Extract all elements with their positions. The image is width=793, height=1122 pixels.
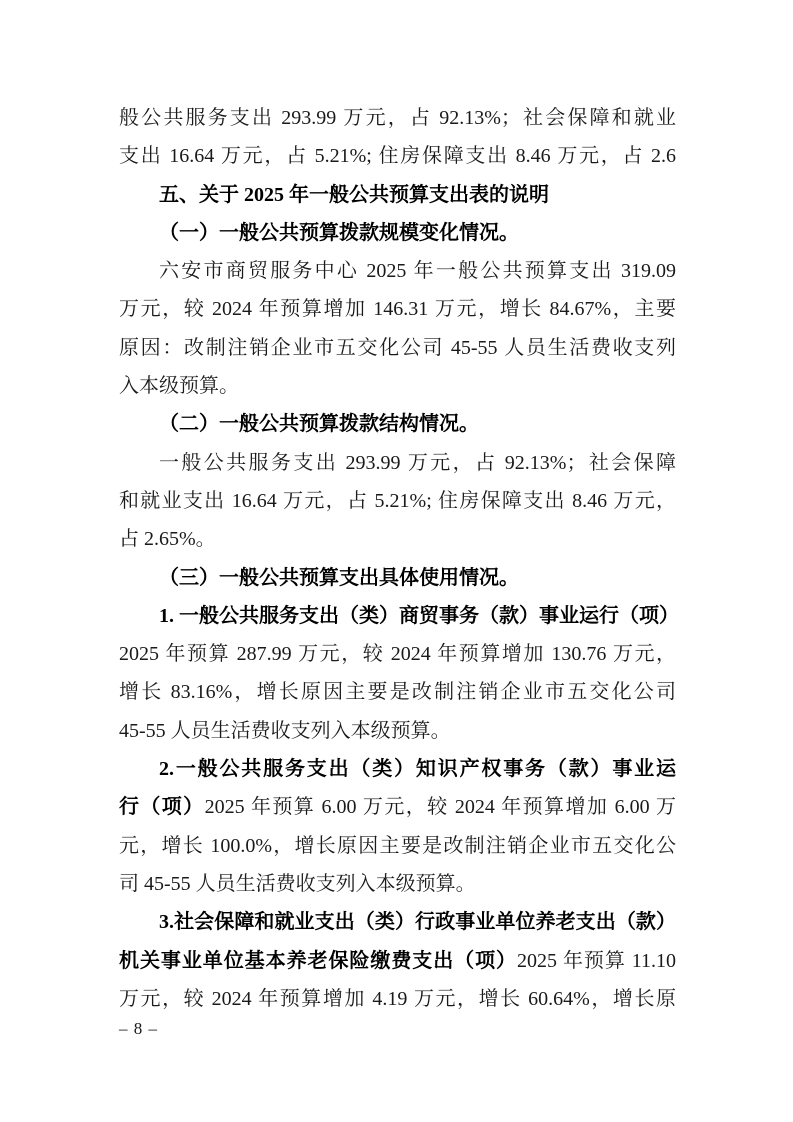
text-segment: 般公共服务支出 293.99 万元，占 92.13%；社会保障和就业 bbox=[119, 107, 676, 129]
text-line: 占 2.65%。 bbox=[119, 520, 676, 558]
text-segment: 万元，较 2024 年预算增加 146.31 万元，增长 84.67%，主要 bbox=[119, 298, 676, 320]
text-segment: 2025 年预算 287.99 万元，较 2024 年预算增加 130.76 万… bbox=[119, 643, 676, 665]
text-line: （二）一般公共预算拨款结构情况。 bbox=[119, 405, 676, 443]
text-line: 元，增长 100.0%，增长原因主要是改制注销企业市五交化公 bbox=[119, 827, 676, 865]
text-line: 入本级预算。 bbox=[119, 367, 676, 405]
text-line: 2025 年预算 287.99 万元，较 2024 年预算增加 130.76 万… bbox=[119, 635, 676, 673]
text-line: （一）一般公共预算拨款规模变化情况。 bbox=[119, 214, 676, 252]
text-line: 机关事业单位基本养老保险缴费支出（项）2025 年预算 11.10 bbox=[119, 942, 676, 980]
text-segment: 万元，较 2024 年预算增加 4.19 万元，增长 60.64%，增长原 bbox=[119, 988, 676, 1010]
text-segment: 六安市商贸服务中心 2025 年一般公共预算支出 319.09 bbox=[159, 260, 676, 282]
text-segment: 45-55 人员生活费收支列入本级预算。 bbox=[119, 720, 451, 742]
bold-text-segment: （二）一般公共预算拨款结构情况。 bbox=[159, 413, 479, 435]
text-segment: 2025 年预算 6.00 万元，较 2024 年预算增加 6.00 万 bbox=[205, 796, 676, 818]
text-segment: 司 45-55 人员生活费收支列入本级预算。 bbox=[119, 873, 476, 895]
text-line: 六安市商贸服务中心 2025 年一般公共预算支出 319.09 bbox=[119, 252, 676, 290]
text-line: 万元，较 2024 年预算增加 146.31 万元，增长 84.67%，主要 bbox=[119, 290, 676, 328]
text-line: 45-55 人员生活费收支列入本级预算。 bbox=[119, 712, 676, 750]
bold-text-segment: 1. 一般公共服务支出（类）商贸事务（款）事业运行（项） bbox=[159, 605, 676, 627]
text-line: 2.一般公共服务支出（类）知识产权事务（款）事业运 bbox=[119, 750, 676, 788]
text-segment: 原因：改制注销企业市五交化公司 45-55 人员生活费收支列 bbox=[119, 337, 676, 359]
text-line: 司 45-55 人员生活费收支列入本级预算。 bbox=[119, 865, 676, 903]
page-background: 般公共服务支出 293.99 万元，占 92.13%；社会保障和就业支出 16.… bbox=[0, 0, 793, 1122]
bold-text-segment: 五、关于 2025 年一般公共预算支出表的说明 bbox=[159, 184, 549, 206]
text-line: 原因：改制注销企业市五交化公司 45-55 人员生活费收支列 bbox=[119, 329, 676, 367]
text-segment: 2025 年预算 11.10 bbox=[517, 950, 676, 972]
text-line: 五、关于 2025 年一般公共预算支出表的说明 bbox=[119, 176, 676, 214]
bold-text-segment: 行（项） bbox=[119, 796, 205, 818]
page-number: – 8 – bbox=[119, 1018, 158, 1040]
text-segment: 占 2.65%。 bbox=[119, 528, 216, 550]
text-segment: 和就业支出 16.64 万元，占 5.21%; 住房保障支出 8.46 万元， bbox=[119, 490, 676, 512]
document-body: 般公共服务支出 293.99 万元，占 92.13%；社会保障和就业支出 16.… bbox=[119, 99, 676, 1018]
text-line: 般公共服务支出 293.99 万元，占 92.13%；社会保障和就业 bbox=[119, 99, 676, 137]
text-segment: 入本级预算。 bbox=[119, 375, 239, 397]
bold-text-segment: （三）一般公共预算支出具体使用情况。 bbox=[159, 567, 519, 589]
text-segment: 增长 83.16%，增长原因主要是改制注销企业市五交化公司 bbox=[119, 681, 676, 703]
bold-text-segment: （一）一般公共预算拨款规模变化情况。 bbox=[159, 222, 519, 244]
text-segment: 元，增长 100.0%，增长原因主要是改制注销企业市五交化公 bbox=[119, 835, 676, 857]
bold-text-segment: 2.一般公共服务支出（类）知识产权事务（款）事业运 bbox=[159, 758, 676, 780]
text-line: 支出 16.64 万元，占 5.21%; 住房保障支出 8.46 万元，占 2.… bbox=[119, 137, 676, 175]
text-line: 和就业支出 16.64 万元，占 5.21%; 住房保障支出 8.46 万元， bbox=[119, 482, 676, 520]
text-line: 3.社会保障和就业支出（类）行政事业单位养老支出（款） bbox=[119, 903, 676, 941]
text-segment: 一般公共服务支出 293.99 万元，占 92.13%；社会保障 bbox=[159, 452, 676, 474]
text-line: 增长 83.16%，增长原因主要是改制注销企业市五交化公司 bbox=[119, 673, 676, 711]
text-line: 万元，较 2024 年预算增加 4.19 万元，增长 60.64%，增长原 bbox=[119, 980, 676, 1018]
document-page: { "colors": { "background": "#ffffff", "… bbox=[0, 0, 793, 1122]
text-line: （三）一般公共预算支出具体使用情况。 bbox=[119, 559, 676, 597]
bold-text-segment: 3.社会保障和就业支出（类）行政事业单位养老支出（款） bbox=[159, 911, 676, 933]
text-line: 行（项）2025 年预算 6.00 万元，较 2024 年预算增加 6.00 万 bbox=[119, 788, 676, 826]
text-line: 1. 一般公共服务支出（类）商贸事务（款）事业运行（项） bbox=[119, 597, 676, 635]
bold-text-segment: 机关事业单位基本养老保险缴费支出（项） bbox=[119, 950, 517, 972]
text-segment: 支出 16.64 万元，占 5.21%; 住房保障支出 8.46 万元，占 2.… bbox=[119, 145, 676, 175]
text-line: 一般公共服务支出 293.99 万元，占 92.13%；社会保障 bbox=[119, 444, 676, 482]
